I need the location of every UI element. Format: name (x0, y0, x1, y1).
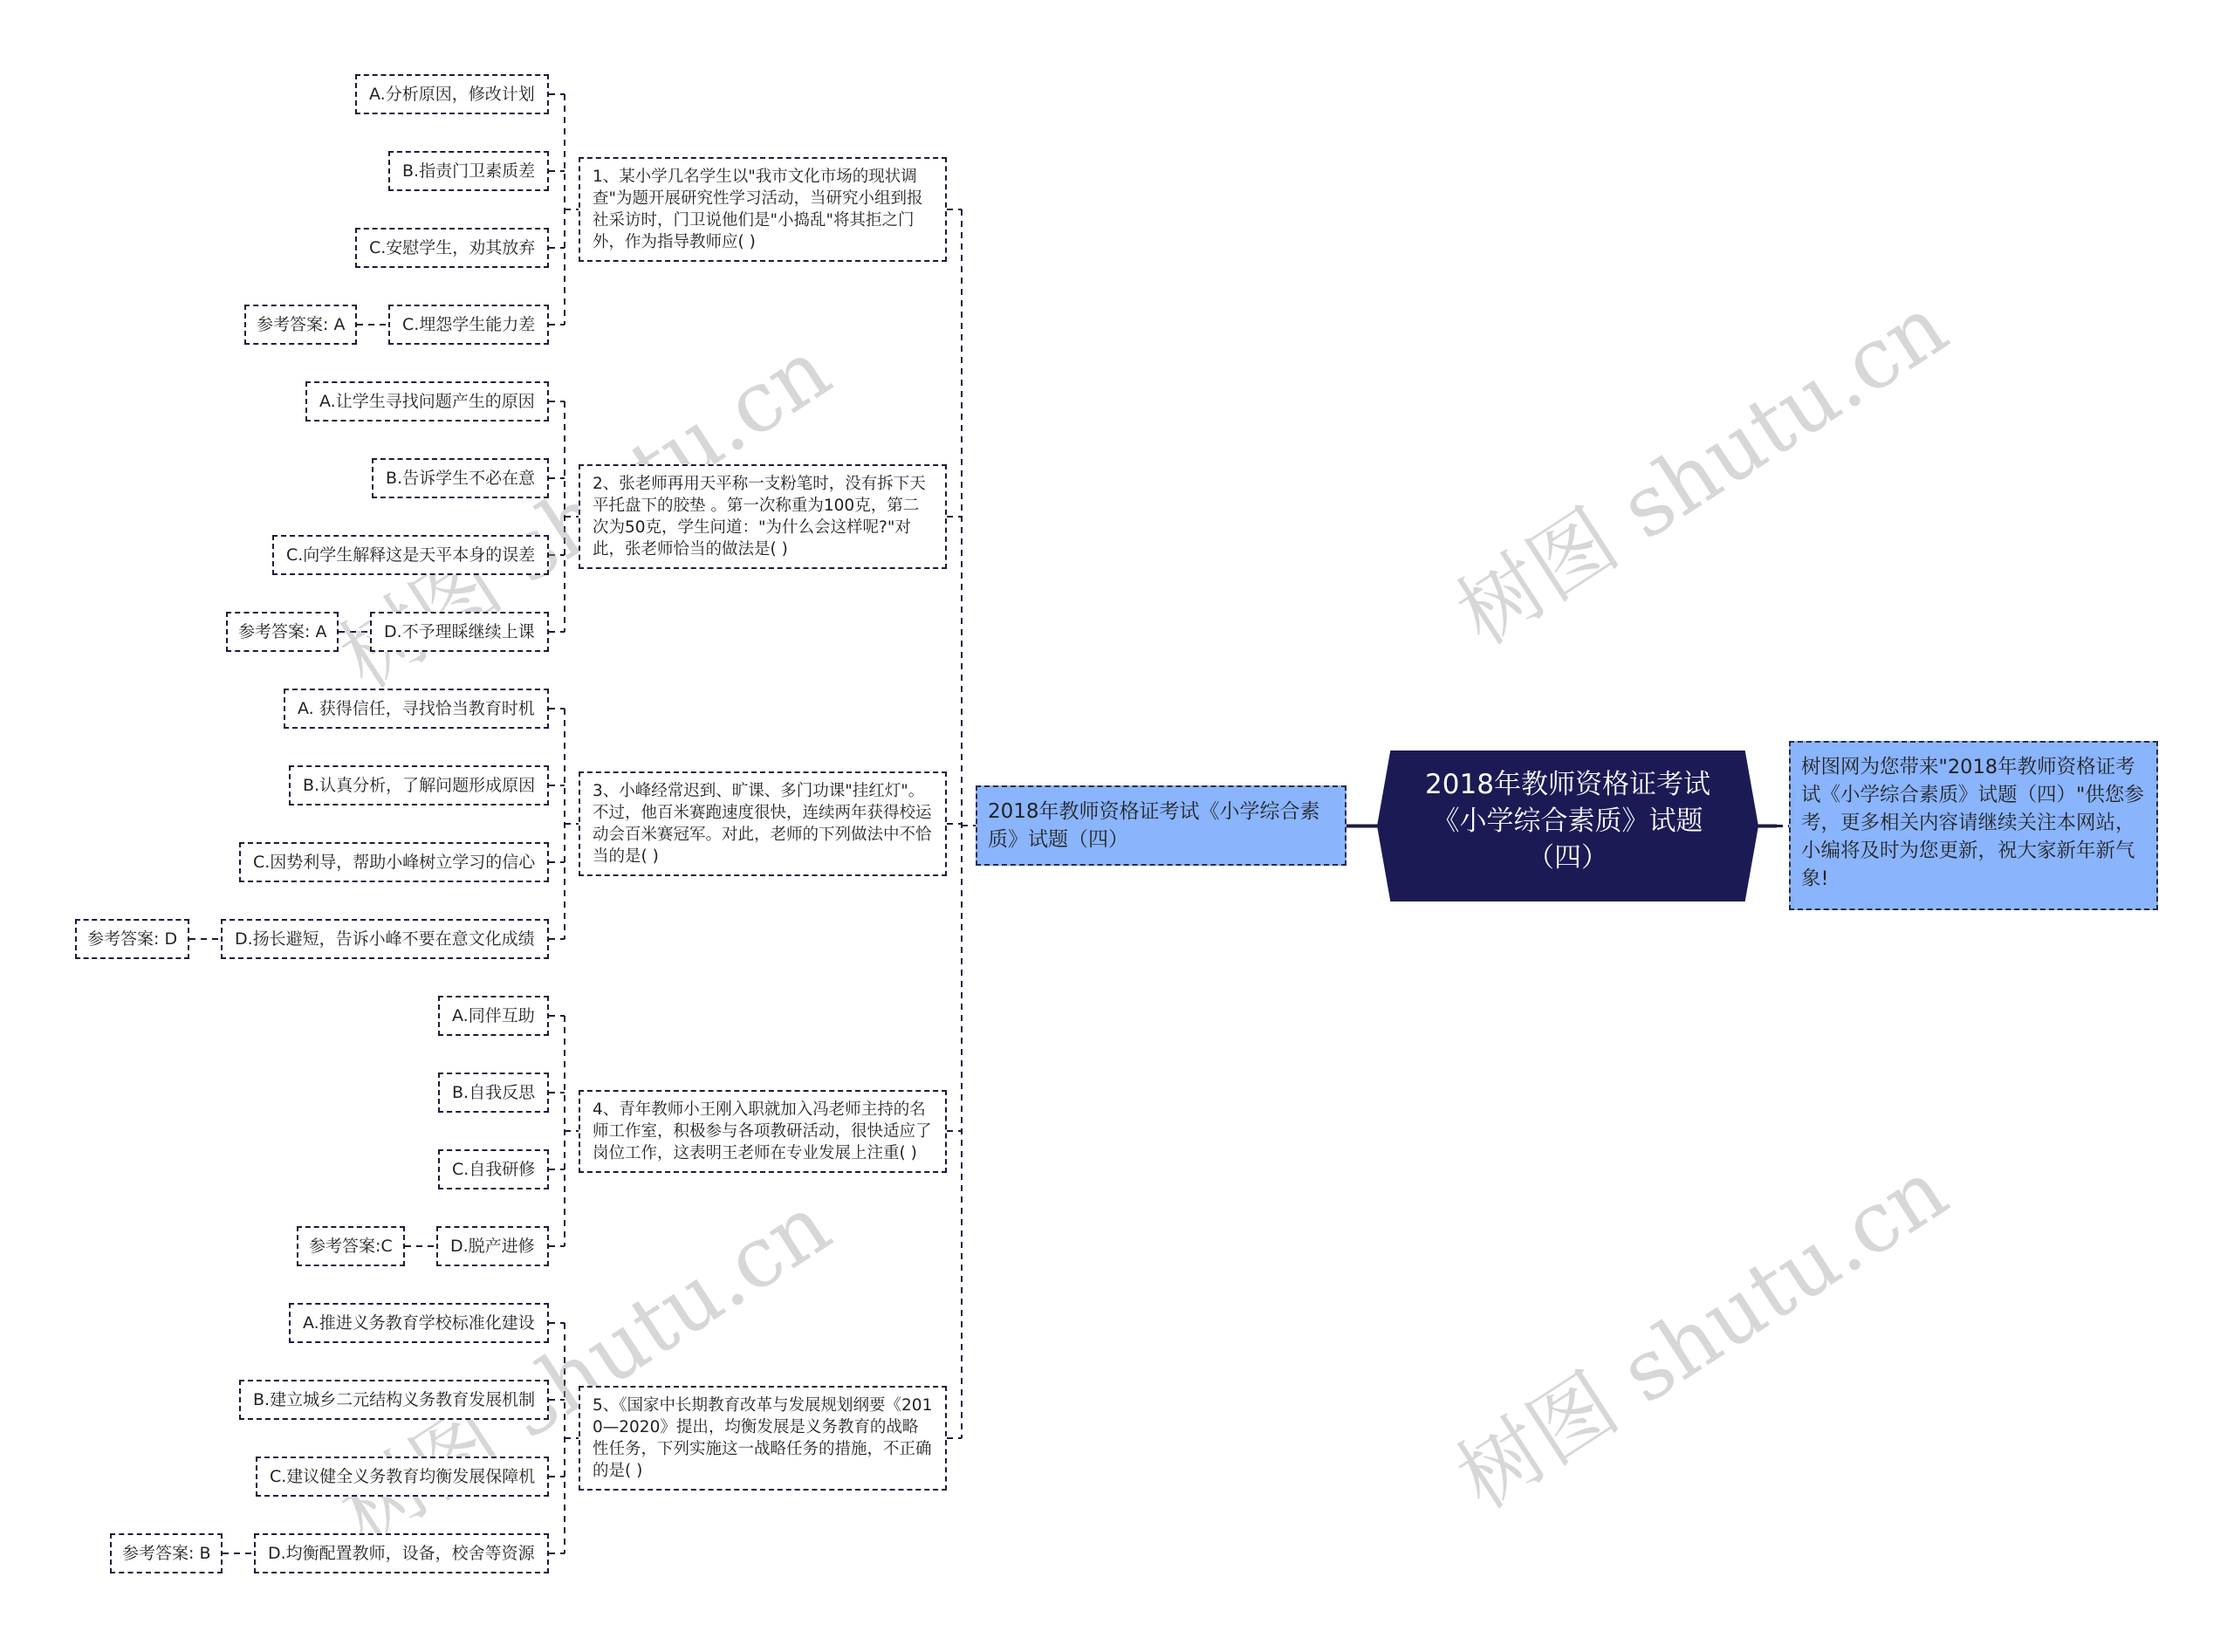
option-node[interactable]: C.建议健全义务教育均衡发展保障机 (256, 1457, 549, 1497)
option-label: C.安慰学生，劝其放弃 (369, 238, 535, 257)
question-node[interactable]: 1、某小学几名学生以"我市文化市场的现状调查"为题开展研究性学习活动，当研究小组… (579, 157, 947, 262)
option-label: C.埋怨学生能力差 (402, 315, 535, 334)
option-label: B.自我反思 (452, 1083, 535, 1102)
option-label: A.同伴互助 (452, 1006, 535, 1025)
question-text: 4、青年教师小王刚入职就加入冯老师主持的名师工作室，积极参与各项教研活动，很快适… (593, 1100, 932, 1162)
question-text: 2、张老师再用天平称一支粉笔时，没有拆下天平托盘下的胶垫 。第一次称重为100克… (593, 475, 926, 559)
option-node[interactable]: B.认真分析，了解问题形成原因 (289, 765, 549, 805)
option-node[interactable]: C.安慰学生，劝其放弃 (355, 228, 549, 268)
option-label: C.向学生解释这是天平本身的误差 (286, 545, 535, 565)
option-node[interactable]: D.脱产进修 (436, 1226, 549, 1266)
option-node[interactable]: A.推进义务教育学校标准化建设 (289, 1303, 549, 1343)
option-label: A.让学生寻找问题产生的原因 (319, 392, 535, 411)
option-node[interactable]: A.同伴互助 (438, 996, 549, 1036)
option-label: C.因势利导，帮助小峰树立学习的信心 (253, 853, 535, 872)
option-label: A. 获得信任，寻找恰当教育时机 (298, 699, 535, 718)
watermark: 树图 shutu.cn (314, 1161, 849, 1566)
summary-note[interactable]: 树图网为您带来"2018年教师资格证考试《小学综合素质》试题（四）"供您参考，更… (1789, 741, 2158, 910)
topic-node[interactable]: 2018年教师资格证考试《小学综合素质》试题（四） (976, 785, 1347, 866)
option-node[interactable]: D.扬长避短，告诉小峰不要在意文化成绩 (221, 919, 549, 959)
answer-node[interactable]: 参考答案: B (110, 1533, 223, 1573)
option-node[interactable]: C.向学生解释这是天平本身的误差 (272, 535, 549, 575)
answer-node[interactable]: 参考答案: D (75, 919, 189, 959)
mind-map-canvas: 树图 shutu.cn 树图 shutu.cn 树图 shutu.cn 树图 s… (0, 0, 2234, 1652)
answer-node[interactable]: 参考答案:C (297, 1226, 405, 1266)
option-node[interactable]: C.自我研修 (438, 1149, 549, 1189)
answer-node[interactable]: 参考答案: A (226, 612, 339, 652)
answer-label: 参考答案: B (122, 1544, 210, 1563)
question-node[interactable]: 2、张老师再用天平称一支粉笔时，没有拆下天平托盘下的胶垫 。第一次称重为100克… (579, 464, 947, 569)
answer-label: 参考答案: A (257, 315, 345, 334)
option-label: B.指责门卫素质差 (402, 161, 535, 181)
topic-node-label: 2018年教师资格证考试《小学综合素质》试题（四） (988, 800, 1320, 851)
option-label: A.分析原因，修改计划 (369, 85, 535, 104)
watermark: 树图 shutu.cn (1431, 262, 1966, 668)
option-node[interactable]: C.埋怨学生能力差 (388, 305, 549, 345)
option-label: D.不予理睬继续上课 (384, 622, 535, 641)
option-label: B.告诉学生不必在意 (386, 469, 535, 488)
central-topic[interactable]: 2018年教师资格证考试《小学综合素质》试题（四） (1377, 751, 1758, 901)
option-label: C.建议健全义务教育均衡发展保障机 (270, 1467, 535, 1486)
summary-note-text: 树图网为您带来"2018年教师资格证考试《小学综合素质》试题（四）"供您参考，更… (1801, 756, 2144, 890)
question-text: 3、小峰经常迟到、旷课、多门功课"挂红灯"。不过，他百米赛跑速度很快，连续两年获… (593, 782, 932, 866)
watermark: 树图 shutu.cn (1431, 1126, 1966, 1532)
central-topic-label: 2018年教师资格证考试《小学综合素质》试题（四） (1425, 769, 1710, 874)
answer-label: 参考答案: D (87, 929, 177, 949)
option-label: C.自我研修 (452, 1160, 535, 1179)
option-node[interactable]: A.让学生寻找问题产生的原因 (305, 381, 549, 422)
question-text: 1、某小学几名学生以"我市文化市场的现状调查"为题开展研究性学习活动，当研究小组… (593, 168, 923, 251)
option-label: B.认真分析，了解问题形成原因 (303, 776, 535, 795)
answer-label: 参考答案: A (238, 622, 326, 641)
option-label: D.扬长避短，告诉小峰不要在意文化成绩 (235, 929, 535, 949)
option-node[interactable]: B.告诉学生不必在意 (372, 458, 549, 498)
option-node[interactable]: D.均衡配置教师，设备，校舍等资源 (254, 1533, 549, 1573)
option-label: A.推进义务教育学校标准化建设 (303, 1313, 535, 1333)
question-text: 5、《国家中长期教育改革与发展规划纲要《2010—2020》提出，均衡发展是义务… (593, 1396, 932, 1480)
option-node[interactable]: C.因势利导，帮助小峰树立学习的信心 (239, 842, 549, 882)
question-node[interactable]: 4、青年教师小王刚入职就加入冯老师主持的名师工作室，积极参与各项教研活动，很快适… (579, 1090, 947, 1173)
option-node[interactable]: A.分析原因，修改计划 (355, 74, 549, 114)
option-node[interactable]: B.指责门卫素质差 (388, 151, 549, 191)
question-node[interactable]: 5、《国家中长期教育改革与发展规划纲要《2010—2020》提出，均衡发展是义务… (579, 1386, 947, 1491)
option-node[interactable]: A. 获得信任，寻找恰当教育时机 (284, 689, 549, 729)
answer-node[interactable]: 参考答案: A (244, 305, 357, 345)
option-label: D.脱产进修 (450, 1237, 535, 1256)
option-label: D.均衡配置教师，设备，校舍等资源 (268, 1544, 535, 1563)
answer-label: 参考答案:C (309, 1237, 393, 1256)
question-node[interactable]: 3、小峰经常迟到、旷课、多门功课"挂红灯"。不过，他百米赛跑速度很快，连续两年获… (579, 771, 947, 876)
option-label: B.建立城乡二元结构义务教育发展机制 (253, 1390, 535, 1409)
option-node[interactable]: B.自我反思 (438, 1073, 549, 1113)
option-node[interactable]: D.不予理睬继续上课 (370, 612, 549, 652)
option-node[interactable]: B.建立城乡二元结构义务教育发展机制 (239, 1380, 549, 1420)
